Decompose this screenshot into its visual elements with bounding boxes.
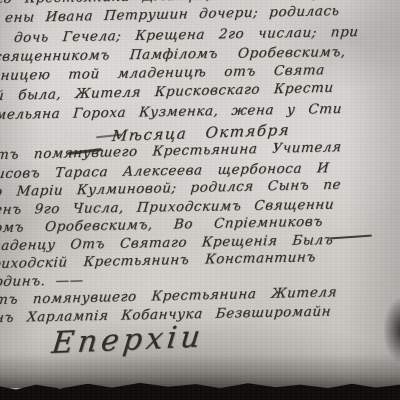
manuscript-line: й была, Жителя Крисковскаго Крести [0, 80, 334, 104]
manuscript-line: тъ помянувшего Крестьянина Учителя [0, 139, 342, 163]
manuscript-line: ены Ивана Петрушин дочери; родилась [4, 3, 340, 26]
page-edge-band [0, 378, 400, 400]
manuscript-line: рдинъ. —— [0, 272, 84, 290]
eparchy-word: Еперхіи [50, 319, 206, 361]
ink-stroke [330, 235, 372, 240]
page-edge-blotch [384, 298, 400, 362]
manuscript-page: го Крестьянина Дмитра; Жителя пр ены Ива… [0, 0, 400, 400]
manuscript-line: дочь Гечела; Крещена 2го числаи; при [13, 24, 359, 46]
manuscript-line: мельяна Гороха Кузменка, жена у Сти [0, 101, 343, 123]
